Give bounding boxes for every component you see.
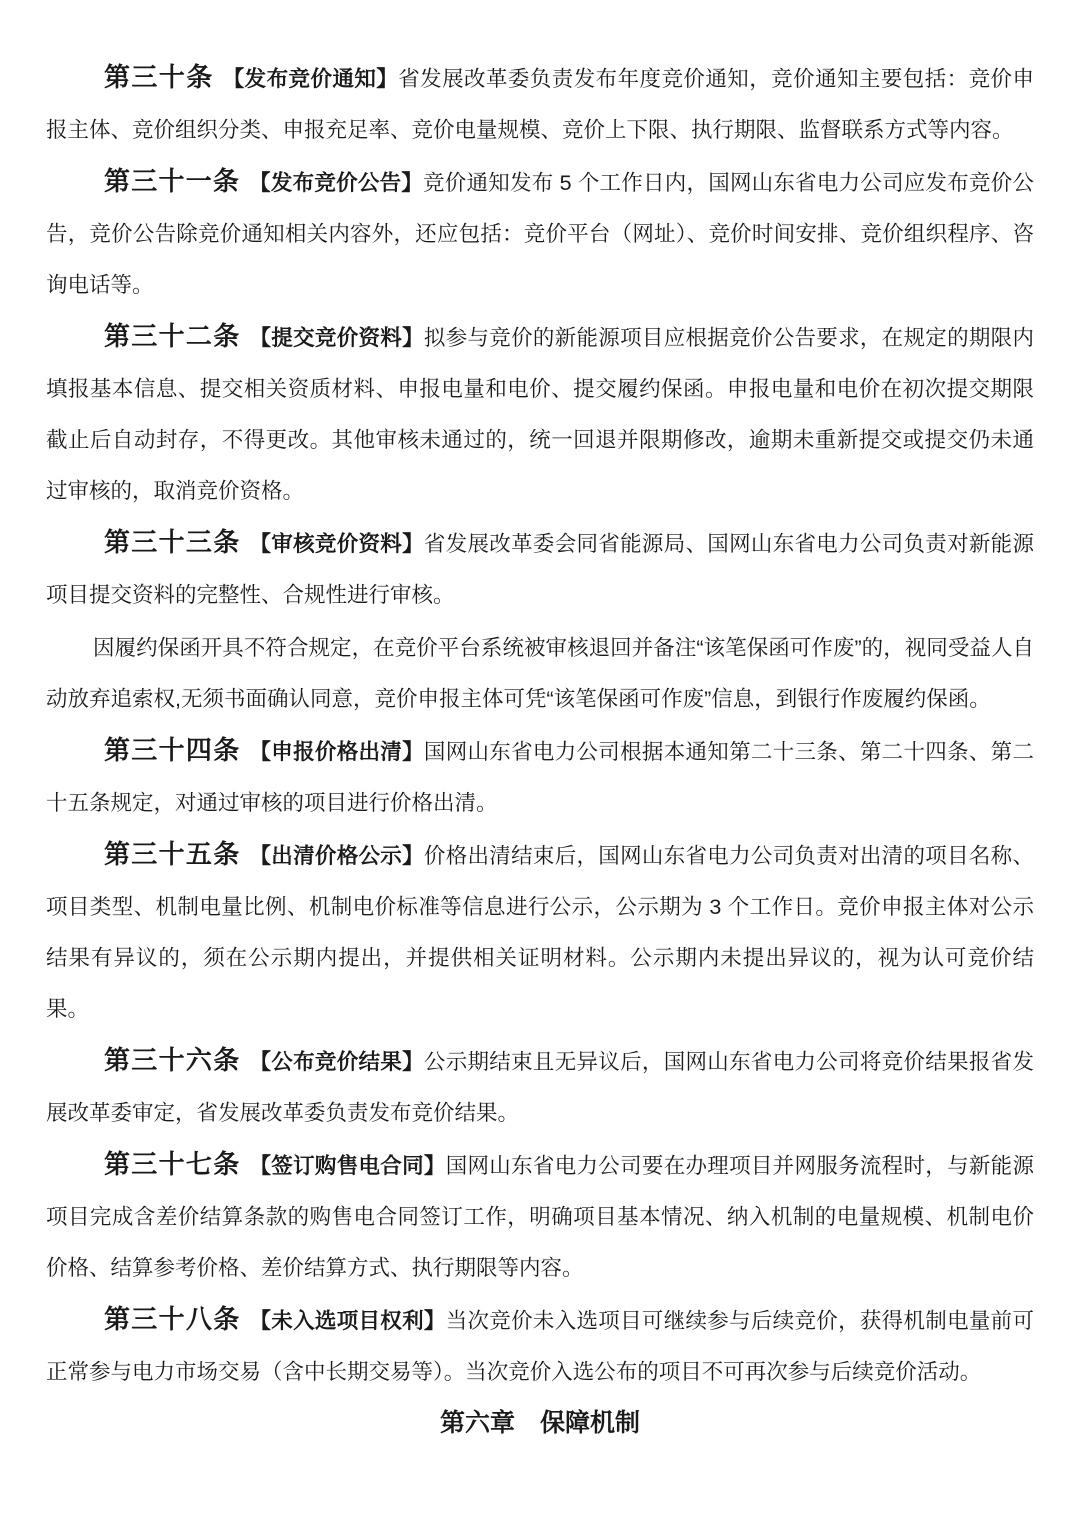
article-paragraph-31: 第三十一条【发布竞价公告】竞价通知发布 5 个工作日内，国网山东省电力公司应发布… bbox=[46, 156, 1034, 311]
article-text: 价格出清结束后，国网山东省电力公司负责对出清的项目名称、项目类型、机制电量比例、… bbox=[46, 844, 1034, 1021]
article-label: 【签订购售电合同】 bbox=[250, 1154, 446, 1178]
article-number: 第三十五条 bbox=[104, 839, 241, 869]
article-paragraph-32: 第三十二条【提交竞价资料】拟参与竞价的新能源项目应根据竞价公告要求，在规定的期限… bbox=[46, 311, 1034, 517]
article-number: 第三十三条 bbox=[104, 527, 241, 557]
document-page: 第三十条【发布竞价通知】省发展改革委负责发布年度竞价通知，竞价通知主要包括：竞价… bbox=[0, 0, 1080, 1526]
article-paragraph-35: 第三十五条【出清价格公示】价格出清结束后，国网山东省电力公司负责对出清的项目名称… bbox=[46, 829, 1034, 1035]
article-number: 第三十四条 bbox=[104, 735, 241, 765]
article-paragraph-33: 第三十三条【审核竞价资料】省发展改革委会同省能源局、国网山东省电力公司负责对新能… bbox=[46, 517, 1034, 621]
article-number: 第三十一条 bbox=[104, 166, 240, 196]
article-label: 【发布竞价通知】 bbox=[223, 67, 399, 91]
article-text: 因履约保函开具不符合规定，在竞价平台系统被审核退回并备注“该笔保函可作废”的，视… bbox=[46, 636, 1034, 711]
article-text: 拟参与竞价的新能源项目应根据竞价公告要求，在规定的期限内填报基本信息、提交相关资… bbox=[46, 326, 1034, 503]
article-number: 第三十二条 bbox=[104, 321, 241, 351]
article-number: 第三十六条 bbox=[104, 1045, 241, 1075]
article-label: 【出清价格公示】 bbox=[250, 844, 424, 868]
article-number: 第三十八条 bbox=[104, 1304, 241, 1334]
article-label: 【提交竞价资料】 bbox=[250, 326, 424, 350]
article-number: 第三十条 bbox=[104, 62, 214, 92]
article-label: 【发布竞价公告】 bbox=[249, 171, 423, 195]
article-paragraph-36: 第三十六条【公布竞价结果】公示期结束且无异议后，国网山东省电力公司将竞价结果报省… bbox=[46, 1035, 1034, 1139]
guarantee-letter-paragraph: 因履约保函开具不符合规定，在竞价平台系统被审核退回并备注“该笔保函可作废”的，视… bbox=[46, 621, 1034, 725]
article-number: 第三十七条 bbox=[104, 1149, 241, 1179]
article-paragraph-34: 第三十四条【申报价格出清】国网山东省电力公司根据本通知第二十三条、第二十四条、第… bbox=[46, 725, 1034, 829]
article-label: 【申报价格出清】 bbox=[250, 740, 424, 764]
chapter-heading: 第六章 保障机制 bbox=[46, 1398, 1034, 1449]
article-label: 【未入选项目权利】 bbox=[250, 1309, 446, 1333]
article-label: 【审核竞价资料】 bbox=[250, 532, 424, 556]
article-paragraph-37: 第三十七条【签订购售电合同】国网山东省电力公司要在办理项目并网服务流程时，与新能… bbox=[46, 1139, 1034, 1294]
article-paragraph-38: 第三十八条【未入选项目权利】当次竞价未入选项目可继续参与后续竞价，获得机制电量前… bbox=[46, 1294, 1034, 1398]
article-paragraph-30: 第三十条【发布竞价通知】省发展改革委负责发布年度竞价通知，竞价通知主要包括：竞价… bbox=[46, 52, 1034, 156]
article-label: 【公布竞价结果】 bbox=[250, 1050, 424, 1074]
